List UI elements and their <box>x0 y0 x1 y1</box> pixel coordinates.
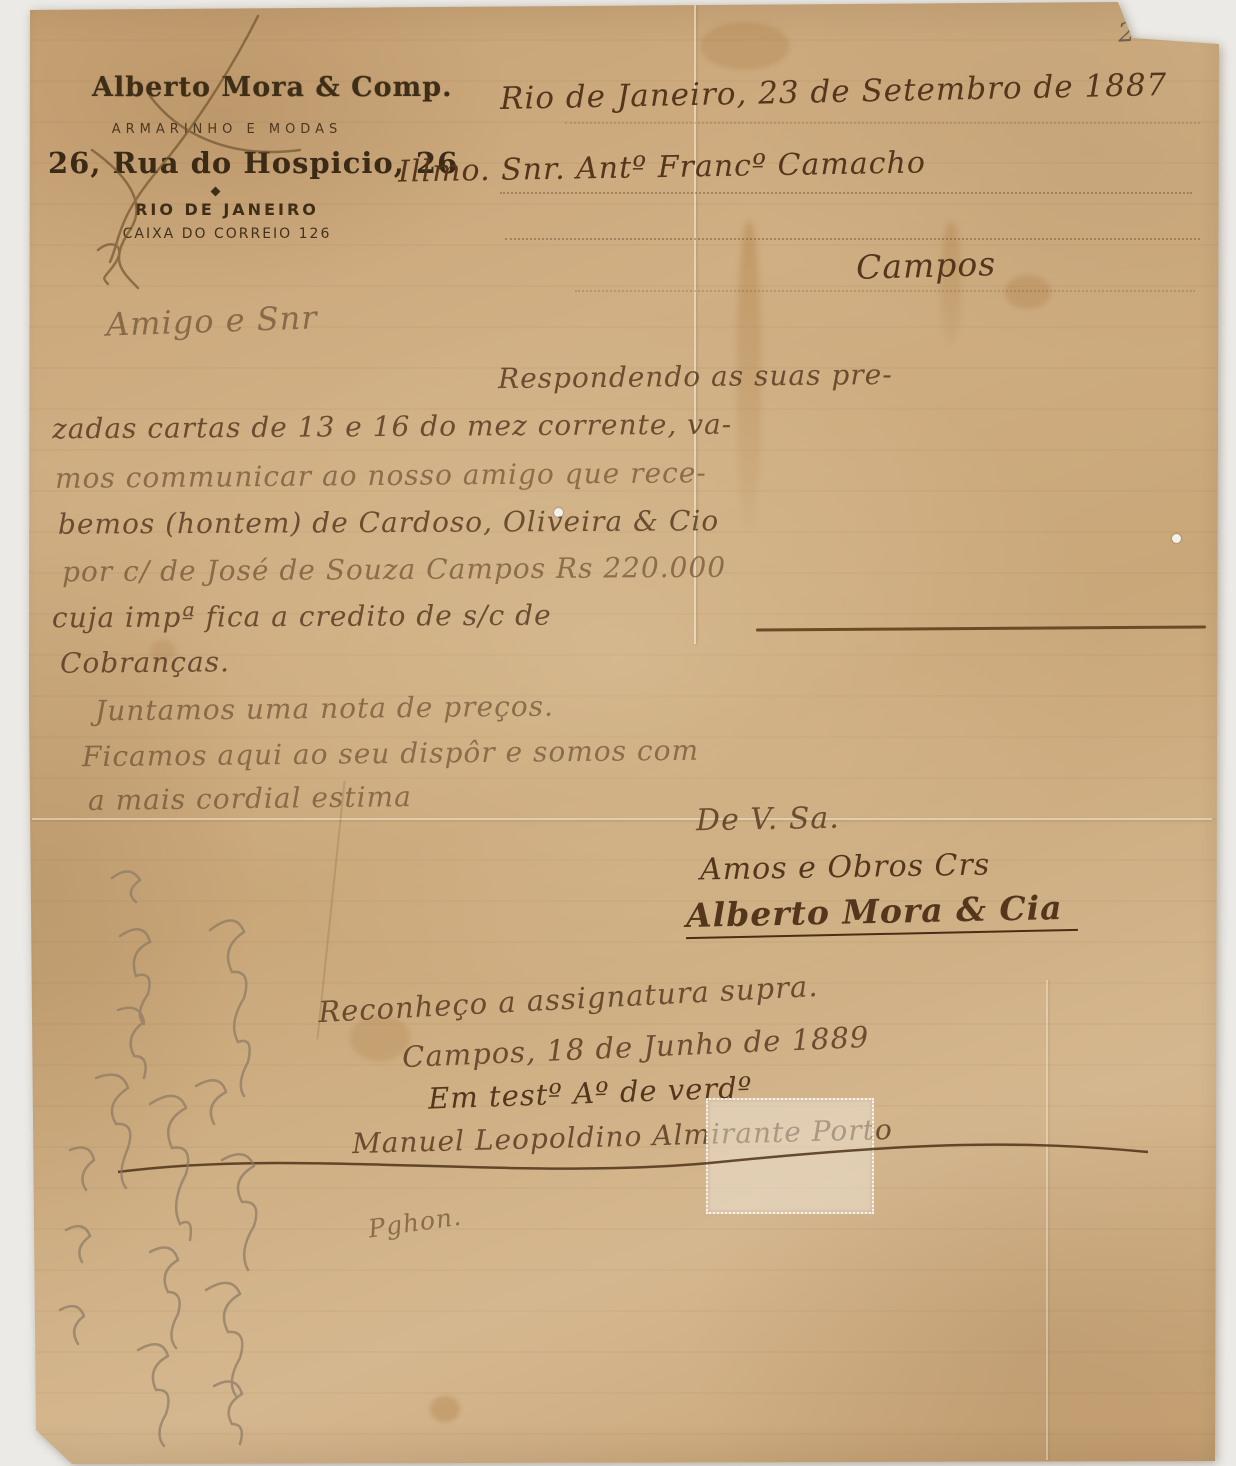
body-line: por c/ de José de Souza Campos Rs 220.00… <box>62 551 726 589</box>
stain-campos-line <box>1005 275 1051 309</box>
body-line: a mais cordial estima <box>88 780 412 817</box>
pencil-page-number: 2 3 <box>1117 13 1220 48</box>
paper-edge-shading <box>0 0 1236 1466</box>
dotted-rule-date <box>565 122 1200 124</box>
body-line: cuja impª fica a credito de s/c de <box>52 599 552 635</box>
signature: Alberto Mora & Cia <box>686 888 1063 935</box>
body-line: bemos (hontem) de Cardoso, Oliveira & Ci… <box>58 504 719 540</box>
flourish-overlay <box>0 0 1236 1466</box>
diamond-separator-icon <box>211 187 221 197</box>
notary-witness-formula: Em testº Aº de verdº <box>428 1070 753 1115</box>
vertical-crease-lower <box>1046 980 1048 1460</box>
account-blank-rule <box>756 625 1206 631</box>
dateline: Rio de Janeiro, 23 de Setembro de 1887 <box>500 67 1168 117</box>
letterhead-city: RIO DE JANEIRO <box>92 200 362 219</box>
punch-hole-right <box>1172 534 1181 543</box>
paper-shadow-wrap: Alberto Mora & Comp. ARMARINHO E MODAS 2… <box>0 0 1236 1466</box>
valediction: De V. Sa. <box>696 801 840 839</box>
salutation: Amigo e Snr <box>105 298 318 343</box>
dotted-rule-city <box>575 290 1195 292</box>
addressee-city: Campos <box>856 244 997 287</box>
pencil-scrawl-margin <box>60 871 256 1446</box>
body-line: Respondendo as suas pre- <box>498 358 893 395</box>
addressee-line: Illmo. Snr. Antº Francº Camacho <box>398 145 926 189</box>
dotted-rule-addressee <box>500 192 1192 194</box>
closing-formula: Amos e Obros Crs <box>700 847 991 887</box>
scanned-letter-canvas: Alberto Mora & Comp. ARMARINHO E MODAS 2… <box>0 0 1236 1466</box>
body-line: mos communicar ao nosso amigo que rece- <box>55 456 707 495</box>
body-line: Cobranças. <box>60 645 230 679</box>
fox-spot-bottom <box>430 1396 460 1422</box>
notary-place-date: Campos, 18 de Junho de 1889 <box>401 1020 870 1074</box>
letterhead-business-type: ARMARINHO E MODAS <box>92 122 362 137</box>
body-line: zadas cartas de 13 e 16 do mez corrente,… <box>52 408 732 446</box>
letterhead-po-box: CAIXA DO CORREIO 126 <box>92 226 362 242</box>
document-paper: Alberto Mora & Comp. ARMARINHO E MODAS 2… <box>0 0 1236 1466</box>
stain-top-center <box>700 22 790 70</box>
dotted-rule-blank <box>505 238 1200 240</box>
letterhead-address: 26, Rua do Hospicio, 26 <box>48 146 378 180</box>
revenue-stamp <box>706 1098 874 1214</box>
horizontal-fold-crease <box>32 818 1212 820</box>
letterhead-company: Alberto Mora & Comp. <box>92 72 362 103</box>
body-line: Juntamos uma nota de preços. <box>95 690 554 728</box>
notary-annotation: Pghon. <box>366 1202 463 1244</box>
notary-recognition: Reconheço a assignatura supra. <box>317 969 819 1029</box>
body-line: Ficamos aqui ao seu dispôr e somos com <box>82 734 699 773</box>
